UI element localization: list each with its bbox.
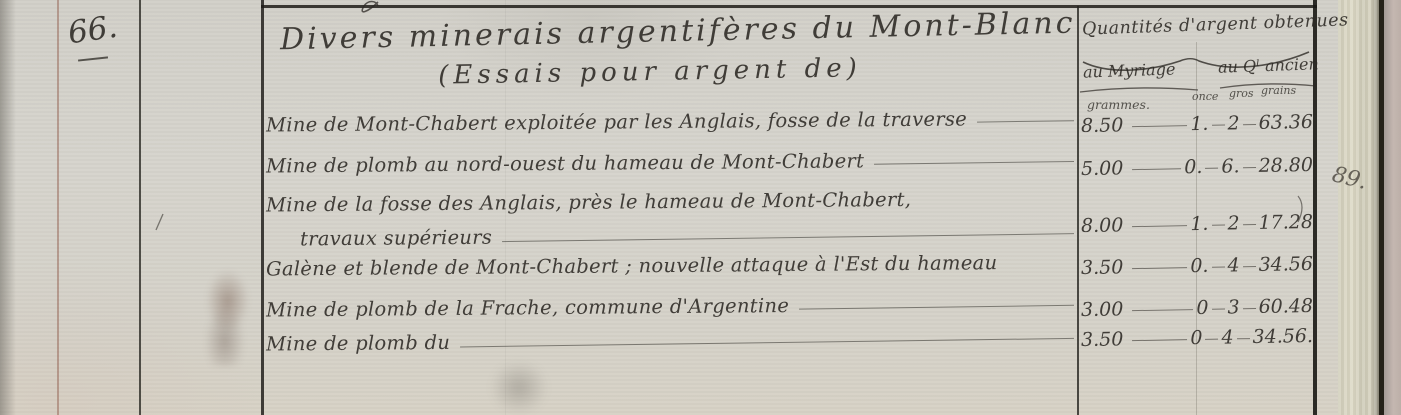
value-grains: 60.48 bbox=[1258, 295, 1313, 318]
value-grains: 28.80 bbox=[1258, 154, 1313, 177]
value-gros: 4 bbox=[1227, 254, 1239, 276]
dash-line bbox=[1243, 123, 1256, 124]
next-page-edge bbox=[1384, 0, 1401, 415]
value-once: 0. bbox=[1184, 156, 1203, 178]
unit-once-label: once bbox=[1192, 90, 1218, 103]
row-text: travaux supérieurs bbox=[300, 226, 492, 251]
table-row-description: Mine de plomb du bbox=[266, 325, 1078, 355]
row-text: Galène et blende de Mont-Chabert ; nouve… bbox=[266, 251, 998, 280]
value-grains: 63.36 bbox=[1258, 111, 1313, 134]
vertical-rule-1 bbox=[139, 0, 141, 415]
value-myriagramme: 3.00 bbox=[1081, 298, 1129, 321]
value-grains: 34.56. bbox=[1252, 325, 1313, 348]
page-left-shadow bbox=[0, 0, 16, 415]
dash-line bbox=[1243, 223, 1256, 224]
table-row-values: 8.001.217.28 bbox=[1081, 211, 1313, 237]
value-myriagramme: 5.00 bbox=[1081, 157, 1129, 180]
value-gros: 2 bbox=[1227, 112, 1239, 134]
dash-line bbox=[1205, 167, 1218, 168]
table-row-values: 8.501.263.36 bbox=[1081, 111, 1313, 137]
table-row-description: Mine de plomb de la Frache, commune d'Ar… bbox=[266, 291, 1078, 321]
col1-underline bbox=[1080, 88, 1198, 92]
table-row-description: Mine de plomb au nord-ouest du hameau de… bbox=[266, 147, 1078, 177]
ink-stain bbox=[194, 266, 250, 366]
col-myriagramme-label: au Myriage bbox=[1083, 59, 1176, 81]
dash-line bbox=[1243, 307, 1256, 308]
table-top-border bbox=[261, 5, 1317, 8]
value-once: 0 bbox=[1196, 297, 1208, 319]
dash-line bbox=[1132, 225, 1187, 227]
dash-line bbox=[1132, 125, 1187, 127]
dash-line bbox=[1205, 338, 1218, 339]
dash-line bbox=[1212, 124, 1225, 125]
entry-title: Divers minerais argentifères du Mont-Bla… bbox=[280, 6, 1071, 58]
unit-grammes-label: grammes. bbox=[1087, 97, 1150, 112]
value-myriagramme: 3.50 bbox=[1081, 256, 1129, 279]
unit-grains-label: grains bbox=[1261, 84, 1296, 97]
dash-line bbox=[1132, 309, 1193, 311]
row-text: Mine de Mont-Chabert exploitée par les A… bbox=[266, 107, 967, 136]
value-once: 0 bbox=[1190, 327, 1202, 349]
table-row-description: Mine de la fosse des Anglais, près le ha… bbox=[266, 186, 1078, 216]
table-row-description: Galène et blende de Mont-Chabert ; nouve… bbox=[266, 250, 1078, 280]
page-edge-strip bbox=[1338, 0, 1379, 415]
table-row-description: Mine de Mont-Chabert exploitée par les A… bbox=[266, 106, 1078, 136]
dash-line bbox=[1212, 224, 1225, 225]
value-once: 1. bbox=[1190, 213, 1209, 235]
value-myriagramme: 8.50 bbox=[1081, 114, 1129, 137]
value-gros: 3 bbox=[1227, 296, 1239, 318]
smudge-stain bbox=[490, 360, 548, 415]
dash-line bbox=[1237, 338, 1250, 339]
trailing-dash bbox=[460, 338, 1074, 348]
trailing-dash bbox=[874, 161, 1074, 165]
trailing-dash bbox=[502, 233, 1074, 242]
trailing-dash bbox=[977, 120, 1074, 122]
dash-line bbox=[1132, 267, 1187, 269]
entry-number-underline bbox=[78, 56, 108, 61]
row-text: Mine de plomb du bbox=[266, 331, 450, 356]
dash-line bbox=[1243, 265, 1256, 266]
value-myriagramme: 8.00 bbox=[1081, 214, 1129, 237]
row-text: Mine de plomb au nord-ouest du hameau de… bbox=[266, 149, 864, 177]
entry-subtitle: (Essais pour argent de) bbox=[330, 51, 970, 92]
dash-line bbox=[1132, 168, 1181, 170]
trailing-dash bbox=[799, 305, 1074, 310]
value-gros: 2 bbox=[1227, 212, 1239, 234]
dash-line bbox=[1212, 308, 1225, 309]
row-text: Mine de la fosse des Anglais, près le ha… bbox=[266, 188, 911, 217]
table-row-values: 5.000.6.28.80 bbox=[1081, 154, 1313, 180]
col-quintal-label: au Qˡ ancien bbox=[1218, 54, 1319, 77]
table-row-description-continued: travaux supérieurs bbox=[300, 221, 1078, 251]
margin-tick bbox=[156, 214, 163, 230]
table-row-values: 3.000360.48 bbox=[1081, 295, 1313, 321]
value-gros: 4 bbox=[1221, 326, 1233, 348]
value-gros: 6. bbox=[1221, 155, 1240, 177]
ledger-page: 66. 89. Divers minerais argentifères du … bbox=[0, 0, 1401, 415]
dash-line bbox=[1212, 266, 1225, 267]
value-once: 0. bbox=[1190, 255, 1209, 277]
dash-line bbox=[1132, 339, 1187, 341]
vertical-rule-2 bbox=[261, 0, 264, 415]
table-row-values: 3.500.434.56 bbox=[1081, 253, 1313, 279]
value-myriagramme: 3.50 bbox=[1081, 328, 1129, 351]
row-text: Mine de plomb de la Frache, commune d'Ar… bbox=[266, 294, 789, 322]
margin-rule-red bbox=[57, 0, 59, 415]
quantities-left-border bbox=[1077, 6, 1079, 415]
quantities-header: Quantités d'argent obtenues bbox=[1082, 10, 1349, 39]
table-row-values: 3.500434.56. bbox=[1081, 325, 1313, 351]
entry-number: 66. bbox=[66, 9, 120, 52]
value-grains: 34.56 bbox=[1258, 253, 1313, 276]
value-once: 1. bbox=[1190, 113, 1209, 135]
unit-gros-label: gros bbox=[1229, 87, 1254, 100]
dash-line bbox=[1243, 166, 1256, 167]
value-grains: 17.28 bbox=[1258, 211, 1313, 234]
